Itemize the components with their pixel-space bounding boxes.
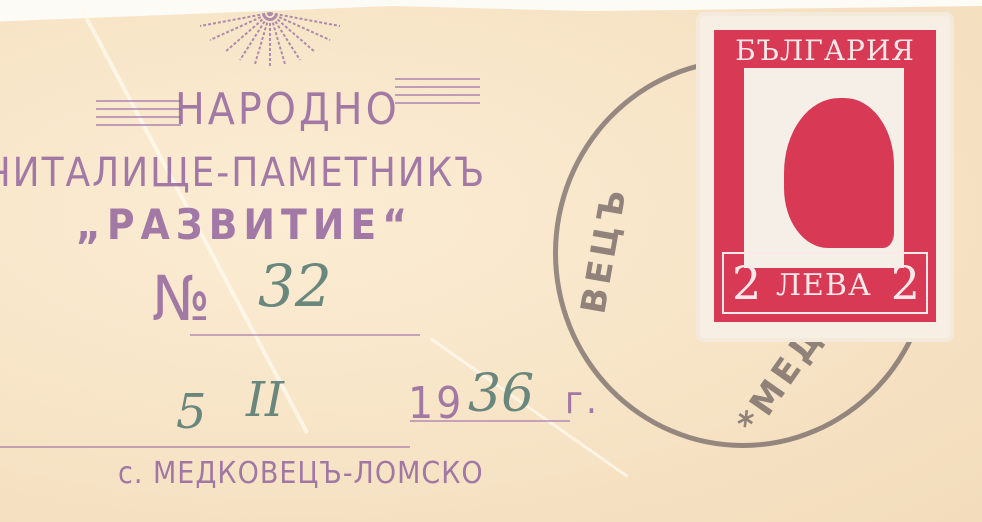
stamp-value-right: 2 <box>891 256 920 310</box>
decorative-lines-left <box>96 100 181 140</box>
number-underline <box>190 334 420 336</box>
decorative-lines-right <box>395 78 480 118</box>
stamp-line-chitalishte: ЧИТАЛИЩЕ-ПАМЕТНИКЪ <box>0 150 486 196</box>
handwritten-month: II <box>246 372 284 428</box>
stamp-year-suffix: г. <box>565 378 600 422</box>
stamp-number-label: № <box>152 262 213 335</box>
date-underline <box>0 446 410 448</box>
stamp-value-left: 2 <box>732 256 761 310</box>
handwritten-number: 32 <box>258 252 332 320</box>
stamp-place: с. МЕДКОВЕЦЪ-ЛОМСКО <box>118 456 484 491</box>
tsar-portrait <box>744 68 904 268</box>
handwritten-year: 36 <box>468 364 534 424</box>
postage-stamp: БЪЛГАРИЯ 2 ЛЕВА 2 <box>700 16 950 338</box>
stamp-currency: ЛЕВА <box>776 268 872 303</box>
handwritten-day: 5 <box>176 384 207 440</box>
stamp-line-narodno: НАРОДНО <box>175 84 400 135</box>
stamp-country: БЪЛГАРИЯ <box>714 34 936 67</box>
stamp-value-panel: 2 ЛЕВА 2 <box>722 252 928 314</box>
stamp-line-razvitie: „РАЗВИТИЕ“ <box>76 200 413 249</box>
sunburst-emblem-icon <box>195 8 345 68</box>
